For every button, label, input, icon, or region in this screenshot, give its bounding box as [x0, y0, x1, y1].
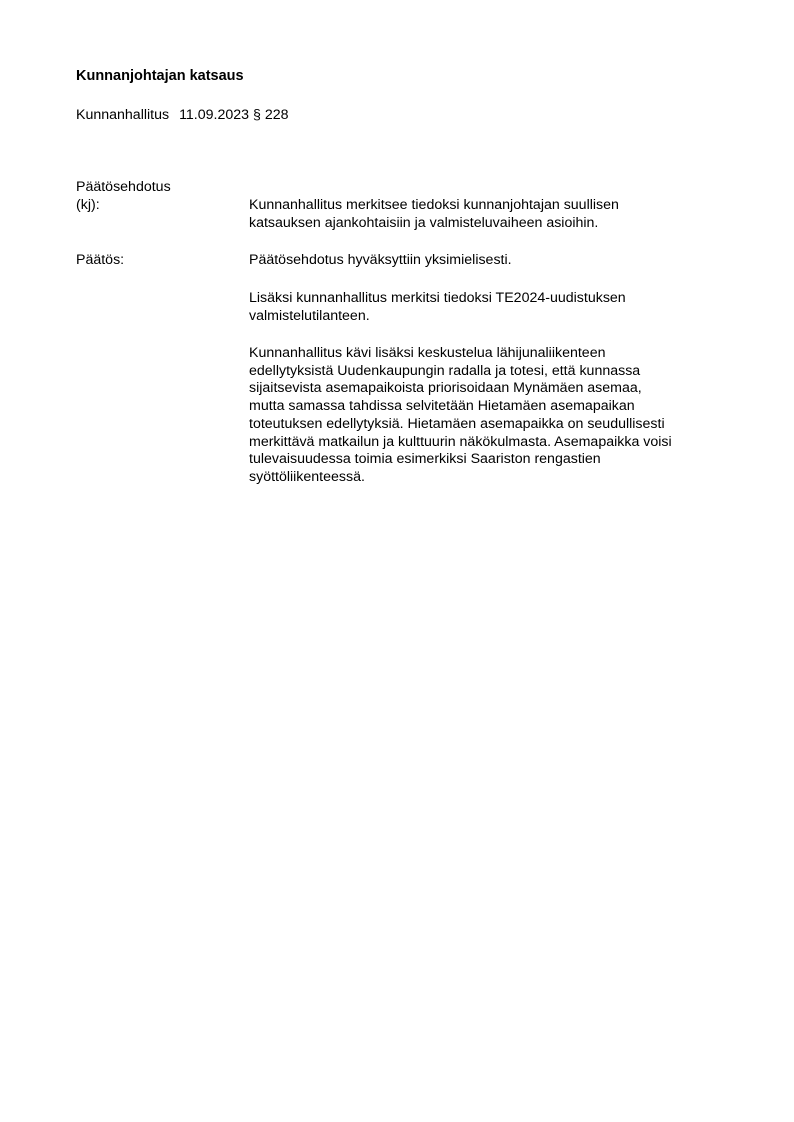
decision-line: valmistelutilanteen. — [249, 308, 739, 326]
decision-paragraph-2: Lisäksi kunnanhallitus merkitsi tiedoksi… — [249, 290, 739, 325]
decision-paragraph-3: Kunnanhallitus kävi lisäksi keskustelua … — [249, 345, 739, 487]
document-title: Kunnanjohtajan katsaus — [76, 68, 244, 84]
decision-line: toteutuksen edellytyksiä. Hietamäen asem… — [249, 416, 739, 434]
proposal-label-line2: (kj): — [76, 197, 100, 213]
proposal-label-kj: (kj): — [76, 197, 100, 213]
decision-line: Kunnanhallitus kävi lisäksi keskustelua … — [249, 345, 739, 363]
decision-line: Lisäksi kunnanhallitus merkitsi tiedoksi… — [249, 290, 739, 308]
decision-line: edellytyksistä Uudenkaupungin radalla ja… — [249, 363, 739, 381]
decision-paragraph-1: Päätösehdotus hyväksyttiin yksimielisest… — [249, 252, 739, 270]
decision-line: syöttöliikenteessä. — [249, 469, 739, 487]
decision-line: merkittävä matkailun ja kulttuurin näkök… — [249, 434, 739, 452]
proposal-text: Kunnanhallitus merkitsee tiedoksi kunnan… — [249, 197, 739, 232]
meeting-body: Kunnanhallitus — [76, 107, 169, 123]
proposal-line: Kunnanhallitus merkitsee tiedoksi kunnan… — [249, 197, 739, 215]
meeting-reference: Kunnanhallitus11.09.2023 § 228 — [76, 107, 289, 123]
proposal-line: katsauksen ajankohtaisiin ja valmisteluv… — [249, 215, 739, 233]
decision-label: Päätös: — [76, 252, 124, 268]
proposal-label: Päätösehdotus — [76, 179, 171, 195]
decision-line: mutta samassa tahdissa selvitetään Hieta… — [249, 398, 739, 416]
decision-line: Päätösehdotus hyväksyttiin yksimielisest… — [249, 252, 739, 270]
meeting-date: 11.09.2023 — [179, 107, 249, 123]
decision-line: tulevaisuudessa toimia esimerkiksi Saari… — [249, 451, 739, 469]
meeting-section: § 228 — [253, 107, 289, 123]
proposal-label-line1: Päätösehdotus — [76, 179, 171, 195]
decision-line: sijaitsevista asemapaikoista priorisoida… — [249, 380, 739, 398]
